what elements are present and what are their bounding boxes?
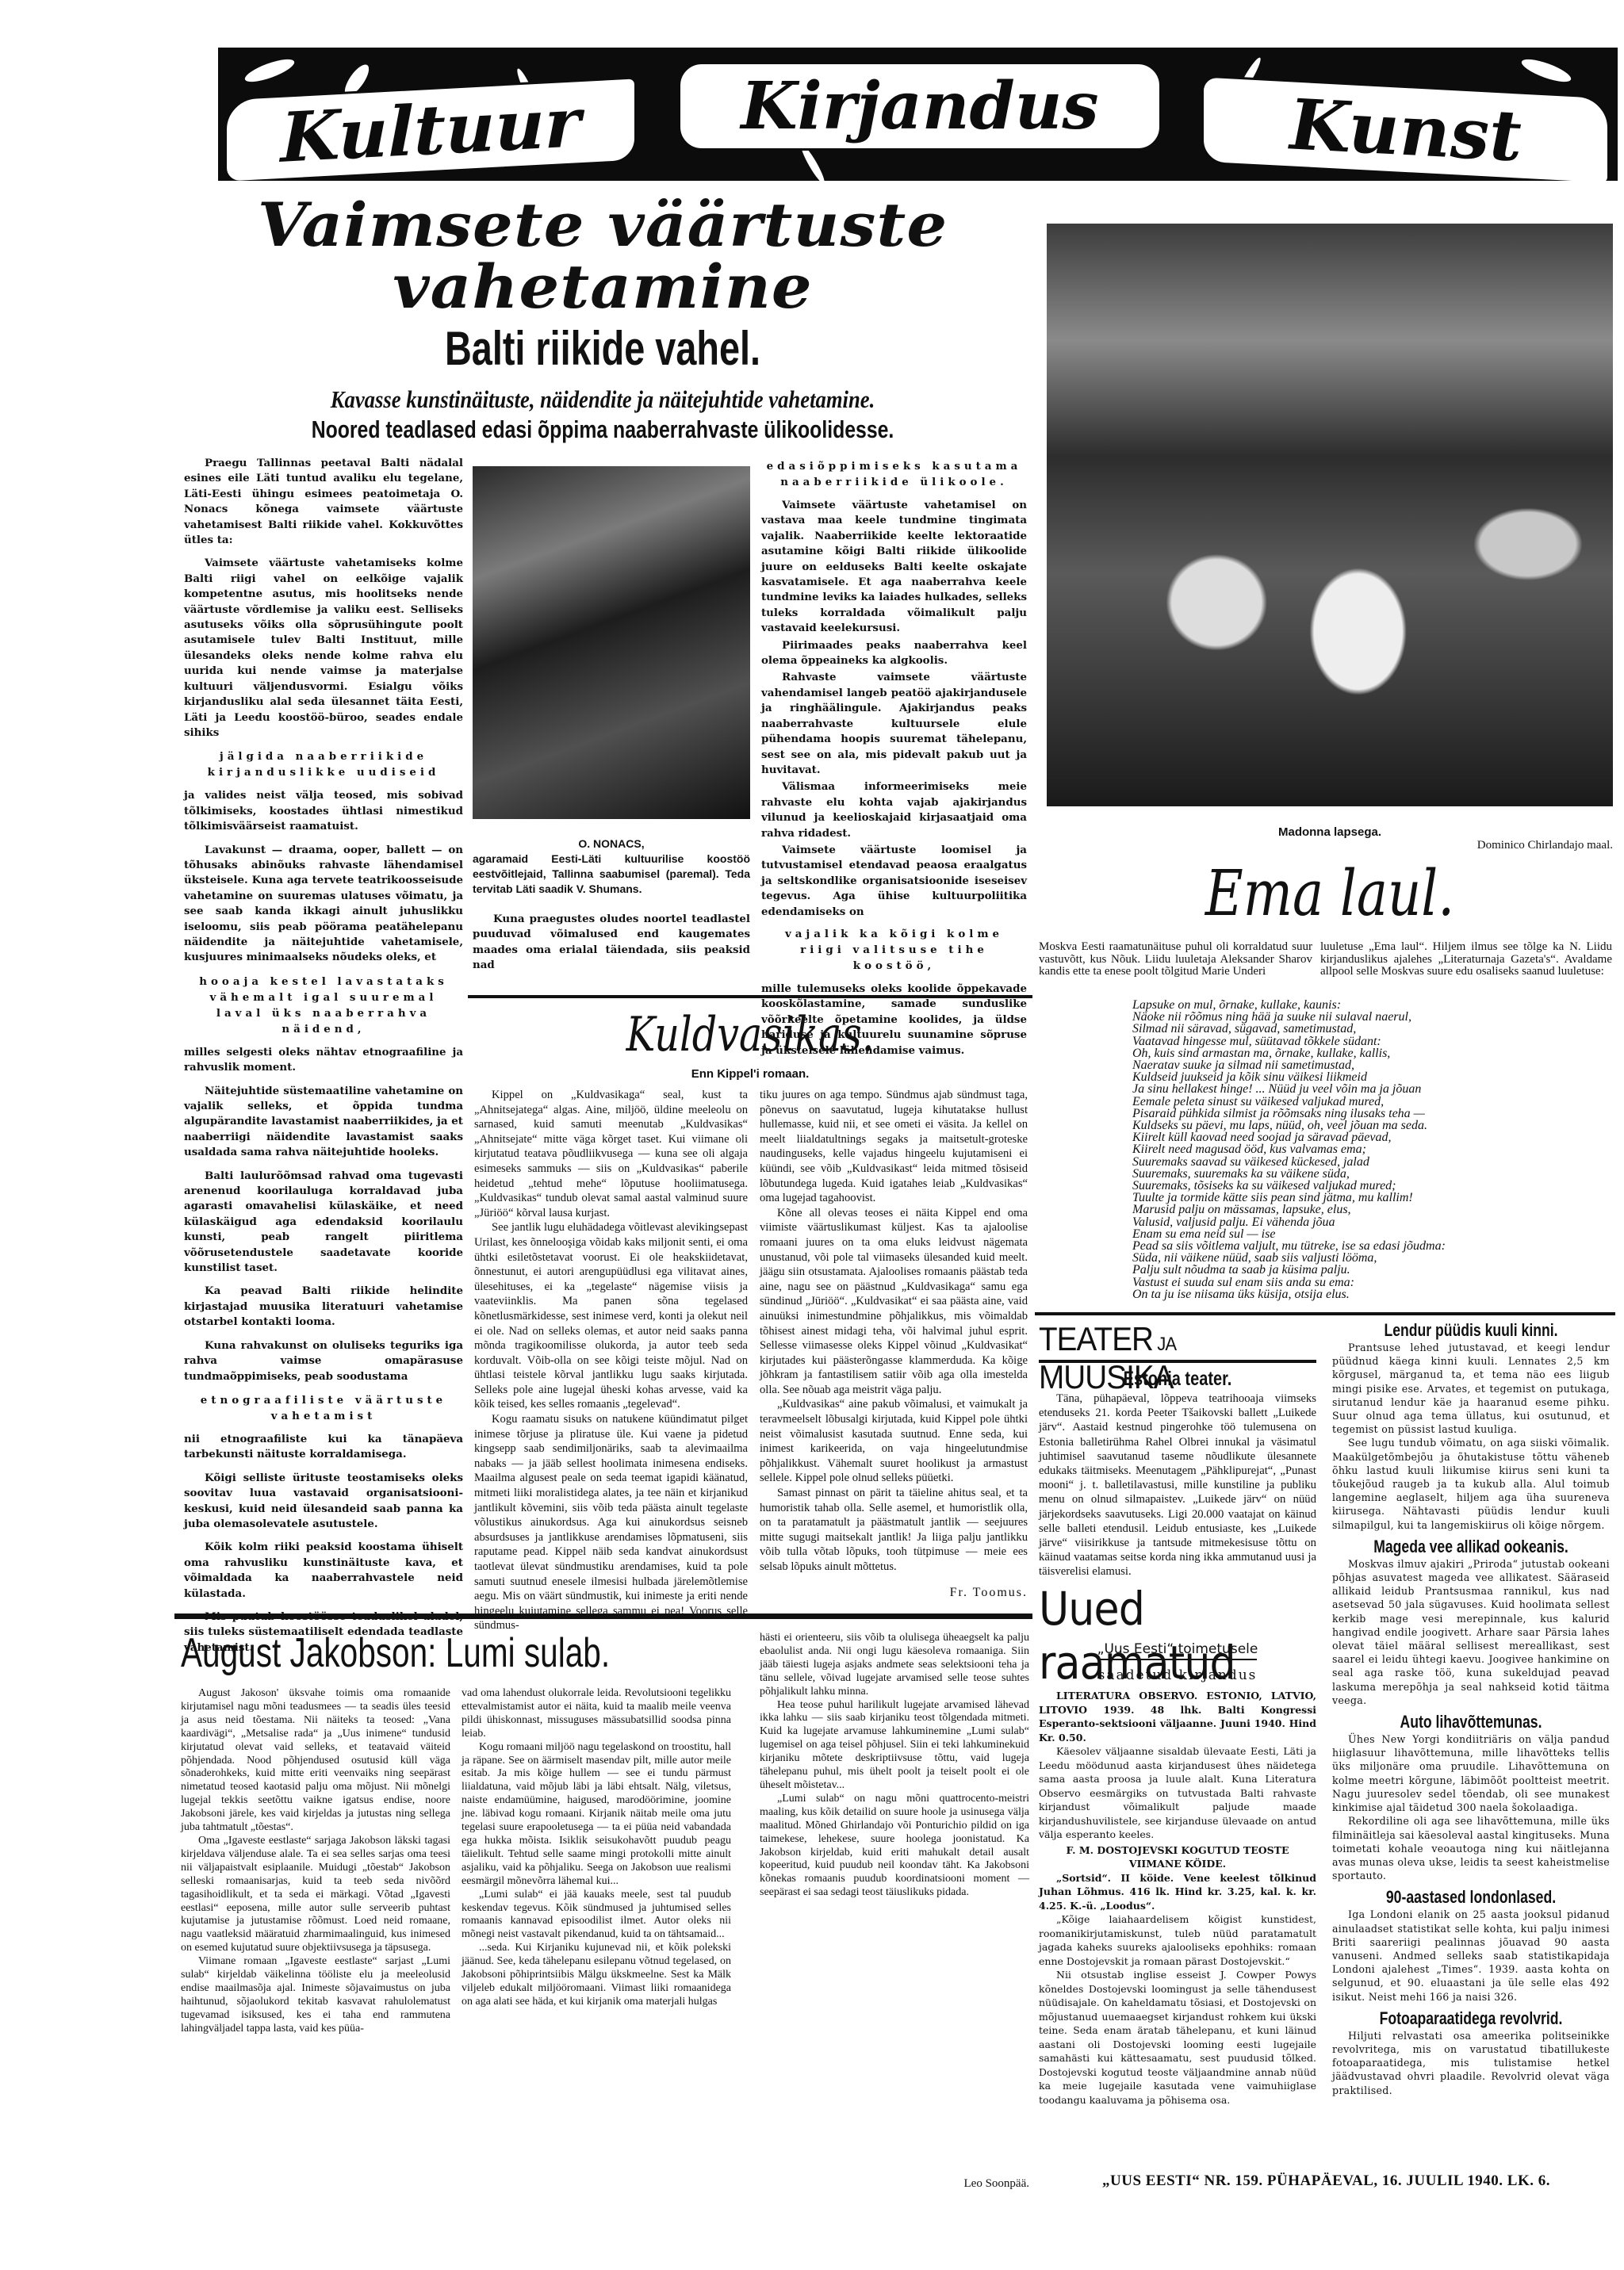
paragraph: Oma „Igaveste eestlaste“ sarjaga Jakobso… (181, 1835, 450, 1955)
leaf-ornament-icon (1517, 53, 1575, 89)
poem-line: Suuremaks, tõsiseks ka su väikesed valju… (1132, 1180, 1608, 1192)
poem-line: Kuldseks su päevi, mu laps, nüüd, oh, ve… (1132, 1120, 1608, 1131)
jakobson-author: Leo Soonpää. (760, 2177, 1029, 2191)
paragraph: Hea teose puhul harilikult lugejate arva… (760, 1699, 1029, 1793)
section-banner-kultuur-kirjandus-kunst: Kultuur Kirjandus Kunst (218, 48, 1618, 181)
paragraph: Ka peavad Balti riikide helindite kirjas… (184, 1284, 463, 1330)
banner-word-kunst: Kunst (1201, 75, 1610, 181)
book-entry-header: LITERATURA OBSERVO. ESTONIO, LATVIO, LIT… (1039, 1689, 1316, 1744)
emphasis-subhead: hooaja kestel lavastataks vähemalt igal … (184, 974, 463, 1037)
kuldvasikas-title: Kuldvasikas. (519, 1007, 982, 1062)
kuldvasikas-column-1: Kippel on „Kuldvasikaga“ seal, kust ta „… (474, 1088, 748, 1633)
paragraph: tiku juures on aga tempo. Sündmus ajab s… (760, 1088, 1028, 1206)
main-article-column-3: edasiõppimiseks kasutama naaberriikide ü… (761, 458, 1027, 1066)
poem-line: On ta ju ise niisama üks küsija, otsija … (1132, 1288, 1608, 1300)
book-entry-text: „Kõige laiahaardelisem kõigist kunstides… (1039, 1912, 1316, 1968)
paragraph: milles selgesti oleks nähtav etnograafil… (184, 1045, 463, 1076)
leaf-ornament-icon (240, 53, 298, 89)
paragraph: Täna, pühapäeval, lõppeva teatrihooaja v… (1039, 1391, 1316, 1579)
paragraph: ja valides neist välja teosed, mis sobiv… (184, 788, 463, 834)
title-part: TEATER (1039, 1320, 1153, 1357)
book-list: LITERATURA OBSERVO. ESTONIO, LATVIO, LIT… (1039, 1689, 1316, 2107)
book-entry-title: F. M. DOSTOJEVSKI KOGUTUD TEOSTE VIIMANE… (1039, 1843, 1316, 1871)
paragraph: nii etnograafiliste kui ka tänapäeva tar… (184, 1432, 463, 1463)
paragraph: Kogu romaani miljöö nagu tegelaskond on … (462, 1741, 731, 1889)
paragraph: Balti laulurõõmsad rahvad oma tugevasti … (184, 1169, 463, 1277)
photo-caption: O. NONACS, agaramaid Eesti-Läti kultuuri… (473, 836, 750, 897)
paragraph: See lugu tundub võimatu, on aga siiski v… (1332, 1436, 1610, 1531)
paragraph: Praegu Tallinnas peetaval Balti nädalal … (184, 456, 463, 548)
paragraph: Rekordiline oli aga see lihavõttemuna, m… (1332, 1814, 1610, 1882)
news-heading: Auto lihavõttemunas. (1360, 1712, 1582, 1732)
news-heading: 90-aastased londonlased. (1360, 1887, 1582, 1908)
deck-italic: Kavasse kunstinäituste, näidendite ja nä… (241, 385, 964, 414)
news-text: Moskvas ilmuv ajakiri „Priroda“ jutustab… (1332, 1557, 1610, 1707)
ema-laul-poem: Lapsuke on mul, õrnake, kullake, kaunis:… (1132, 999, 1608, 1300)
paragraph: Moskva Eesti raamatunäituse puhul oli ko… (1039, 941, 1312, 978)
poem-line: Valusid, valjusid palju. Ei vähenda jõua (1132, 1216, 1608, 1228)
news-heading: Lendur püüdis kuuli kinni. (1360, 1320, 1582, 1341)
poem-line: Suuremaks saavad su väikesed kückesed, j… (1132, 1156, 1608, 1168)
kuldvasikas-subtitle: Enn Kippel'i romaan. (468, 1066, 1032, 1081)
paragraph: Kõne all olevas teoses ei näita Kippel e… (760, 1206, 1028, 1398)
paragraph: luuletuse „Ema laul“. Hiljem ilmus see t… (1320, 941, 1612, 978)
main-article-column-1: Praegu Tallinnas peetaval Balti nädalal … (184, 456, 463, 1663)
poem-line: Vastust ei suuda sul enam siis anda su e… (1132, 1277, 1608, 1288)
emphasis-subhead: etnograafiliste väärtuste vahetamist (184, 1392, 463, 1424)
book-entry-header: „Sortsid“. II köide. Vene keelest tõlkin… (1039, 1871, 1316, 1913)
ema-laul-intro-right: luuletuse „Ema laul“. Hiljem ilmus see t… (1320, 941, 1612, 978)
poem-line: Oh, kuis sind armastan ma, õrnake, kulla… (1132, 1047, 1608, 1059)
caption-text: agaramaid Eesti-Läti kultuurilise koostö… (473, 852, 750, 897)
poem-line: Eemale peleta sinust su väikesed valjuka… (1132, 1096, 1608, 1108)
poem-line: Tuulte ja tormide kätte siis pean sind j… (1132, 1192, 1608, 1204)
paragraph: Kõik kolm riiki peaksid koostama ühiselt… (184, 1540, 463, 1602)
divider (1098, 1659, 1257, 1660)
news-text: Prantsuse lehed jutustavad, et keegi len… (1332, 1341, 1610, 1532)
photo-o-nonacs (473, 466, 750, 819)
ema-laul-intro-left: Moskva Eesti raamatunäituse puhul oli ko… (1039, 941, 1312, 978)
jakobson-column-1: August Jakoson' üksvahe toimis oma romaa… (181, 1687, 450, 2036)
main-article-headline: Vaimsete väärtuste vahetamine Balti riik… (182, 194, 1023, 444)
paragraph: Vaimsete väärtuste vahetamisel on vastav… (761, 498, 1027, 637)
paragraph: Hiljuti relvastati osa ameerika politsei… (1332, 2029, 1610, 2097)
paragraph: „Kuldvasikas“ aine pakub võimalusi, et v… (760, 1397, 1028, 1486)
poem-line: Vaatavad hingesse mul, süütavad tõkkele … (1132, 1035, 1608, 1047)
jakobson-column-3: hästi ei orienteeru, siis võib ta olulis… (760, 1632, 1029, 1900)
paragraph: Välismaa informeerimiseks meie rahvaste … (761, 779, 1027, 841)
divider (1039, 1360, 1316, 1363)
caption-name: O. NONACS, (473, 836, 750, 852)
poem-line: Suuremaks, suuremaks ka su väikene süda, (1132, 1168, 1608, 1180)
paragraph: Samast pinnast on pärit ta täieline ahit… (760, 1486, 1028, 1575)
kuldvasikas-author: Fr. Toomus. (760, 1586, 1028, 1600)
uued-raamatud-sub2: saadetud kirjandus (1039, 1667, 1316, 1683)
main-article-column-2-text: Kuna praegustes oludes noortel teadlaste… (473, 912, 750, 982)
paragraph: hästi ei orienteeru, siis võib ta olulis… (760, 1632, 1029, 1699)
paragraph: Kogu raamatu sisuks on natukene küündima… (474, 1412, 748, 1633)
uued-raamatud-sub1: „Uus Eesti“ toimetusele (1039, 1641, 1316, 1657)
poem-line: Kiirelt küll kaovad need soojad ja särav… (1132, 1131, 1608, 1143)
banner-word-kirjandus: Kirjandus (678, 62, 1162, 151)
news-text: Iga Londoni elanik on 25 aasta jooksul p… (1332, 1908, 1610, 2003)
poem-line: Marusid palju on mässamas, lapsuke, elus… (1132, 1204, 1608, 1215)
banner-word-kultuur: Kultuur (224, 76, 637, 181)
news-text: Hiljuti relvastati osa ameerika politsei… (1332, 2029, 1610, 2097)
poem-line: Pisaraid pühkida silmist ja rõõmsaks nin… (1132, 1108, 1608, 1120)
jakobson-review-title: August Jakobson: Lumi sulab. (181, 1629, 737, 1677)
paragraph: Kuna rahvakunst on oluliseks teguriks ig… (184, 1338, 463, 1384)
poem-line: Pead sa siis võitlema valjult, mu tütrek… (1132, 1240, 1608, 1252)
divider (1035, 1312, 1615, 1315)
painting-credit: Dominico Chirlandajo maal. (1047, 839, 1613, 852)
ema-laul-title: Ema laul. (1097, 856, 1561, 930)
news-heading: Fotoaparaatidega revolvrid. (1360, 2008, 1582, 2029)
emphasis-subhead: vajalik ka kõigi kolme riigi valitsuse t… (761, 926, 1027, 974)
poem-line: Kuldseid juukseid ja kõik sinu väikesi l… (1132, 1071, 1608, 1083)
kuldvasikas-column-2: tiku juures on aga tempo. Sündmus ajab s… (760, 1088, 1028, 1575)
paragraph: Vaimsete väärtuste vahetamiseks kolme Ba… (184, 556, 463, 741)
paragraph: Kuna praegustes oludes noortel teadlaste… (473, 912, 750, 974)
page-footer-issue-info: „UUS EESTI“ NR. 159. PÜHAPÄEVAL, 16. JUU… (1102, 2172, 1594, 2190)
paragraph: Moskvas ilmuv ajakiri „Priroda“ jutustab… (1332, 1557, 1610, 1707)
poem-line: Süda, nii väikene nüüd, saab siis valjus… (1132, 1252, 1608, 1264)
book-entry-text: Käesolev väljaanne sisaldab ülevaate Ees… (1039, 1744, 1316, 1842)
paragraph: Viimane romaan „Igaveste eestlaste“ sarj… (181, 1955, 450, 2035)
estonia-teater-text: Täna, pühapäeval, lõppeva teatrihooaja v… (1039, 1391, 1316, 1579)
paragraph: Lavakunst — draama, ooper, ballett — on … (184, 843, 463, 966)
paragraph: „Lumi sulab“ on nagu mõni quattrocento-m… (760, 1793, 1029, 1900)
paragraph: August Jakoson' üksvahe toimis oma romaa… (181, 1687, 450, 1835)
poem-line: Silmad nii säravad, sügavad, sametimusta… (1132, 1023, 1608, 1035)
emphasis-subhead: edasiõppimiseks kasutama naaberriikide ü… (761, 458, 1027, 490)
headline-line-2: vahetamine (162, 256, 1044, 318)
paragraph: Rahvaste vaimsete väärtuste vahendamisel… (761, 670, 1027, 778)
poem-line: Lapsuke on mul, õrnake, kullake, kaunis: (1132, 999, 1608, 1011)
painting-madonna-with-child (1047, 224, 1613, 806)
news-text: Ühes New Yorgi kondiitriäris on välja pa… (1332, 1732, 1610, 1882)
paragraph: Vaimsete väärtuste loomisel ja tutvustam… (761, 843, 1027, 920)
paragraph: Iga Londoni elanik on 25 aasta jooksul p… (1332, 1908, 1610, 2003)
paragraph: See jantlik lugu eluhädadega võitlevast … (474, 1220, 748, 1412)
paragraph: Prantsuse lehed jutustavad, et keegi len… (1332, 1341, 1610, 1436)
paragraph: Piirimaades peaks naaberrahva keel olema… (761, 638, 1027, 669)
paragraph: Kippel on „Kuldvasikaga“ seal, kust ta „… (474, 1088, 748, 1220)
poem-line: Kiirelt need magusad ööd, kus valvamas e… (1132, 1143, 1608, 1155)
short-news-column: Lendur püüdis kuuli kinni. Prantsuse leh… (1332, 1320, 1610, 2097)
news-heading: Mageda vee allikad ookeanis. (1360, 1537, 1582, 1557)
title-part: JA (1157, 1334, 1175, 1355)
headline-line-1: Vaimsete väärtuste (162, 194, 1044, 256)
divider (468, 995, 1032, 998)
paragraph: vad oma lahendust olukorrale leida. Revo… (462, 1687, 731, 1741)
paragraph: Näitejuhtide süstemaatiline vahetamine o… (184, 1084, 463, 1161)
jakobson-column-2: vad oma lahendust olukorrale leida. Revo… (462, 1687, 731, 2009)
emphasis-subhead: jälgida naaberriikide kirjanduslikke uud… (184, 748, 463, 780)
poem-line: Enam su ema neid sul — ise (1132, 1228, 1608, 1240)
painting-caption: Madonna lapsega. (1047, 825, 1613, 840)
estonia-teater-heading: Estonia teater. (1063, 1368, 1292, 1391)
divider (174, 1613, 1032, 1619)
paragraph: Ühes New Yorgi kondiitriäris on välja pa… (1332, 1732, 1610, 1814)
paragraph: „Lumi sulab“ ei jää kauaks meele, sest t… (462, 1889, 731, 1943)
deck-bold: Noored teadlased edasi õppima naaberrahv… (266, 415, 939, 444)
poem-line: Näoke nii rõõmus ning hää ja suuke nii s… (1132, 1011, 1608, 1023)
paragraph: ...seda. Kui Kirjaniku kujunevad nii, et… (462, 1942, 731, 2009)
poem-line: Naeratav suuke ja silmad nii sametimusta… (1132, 1059, 1608, 1071)
paragraph: Kõigi selliste ürituste teostamiseks ole… (184, 1471, 463, 1533)
poem-line: Palju sult nõudma ta saab ja küsima palj… (1132, 1264, 1608, 1276)
subheadline: Balti riikide vahel. (275, 321, 931, 376)
poem-line: Ja sinu hellakest hinge! ... Nüüd ju vee… (1132, 1083, 1608, 1095)
book-entry-text: Nii otsustab inglise esseist J. Cowper P… (1039, 1968, 1316, 2107)
